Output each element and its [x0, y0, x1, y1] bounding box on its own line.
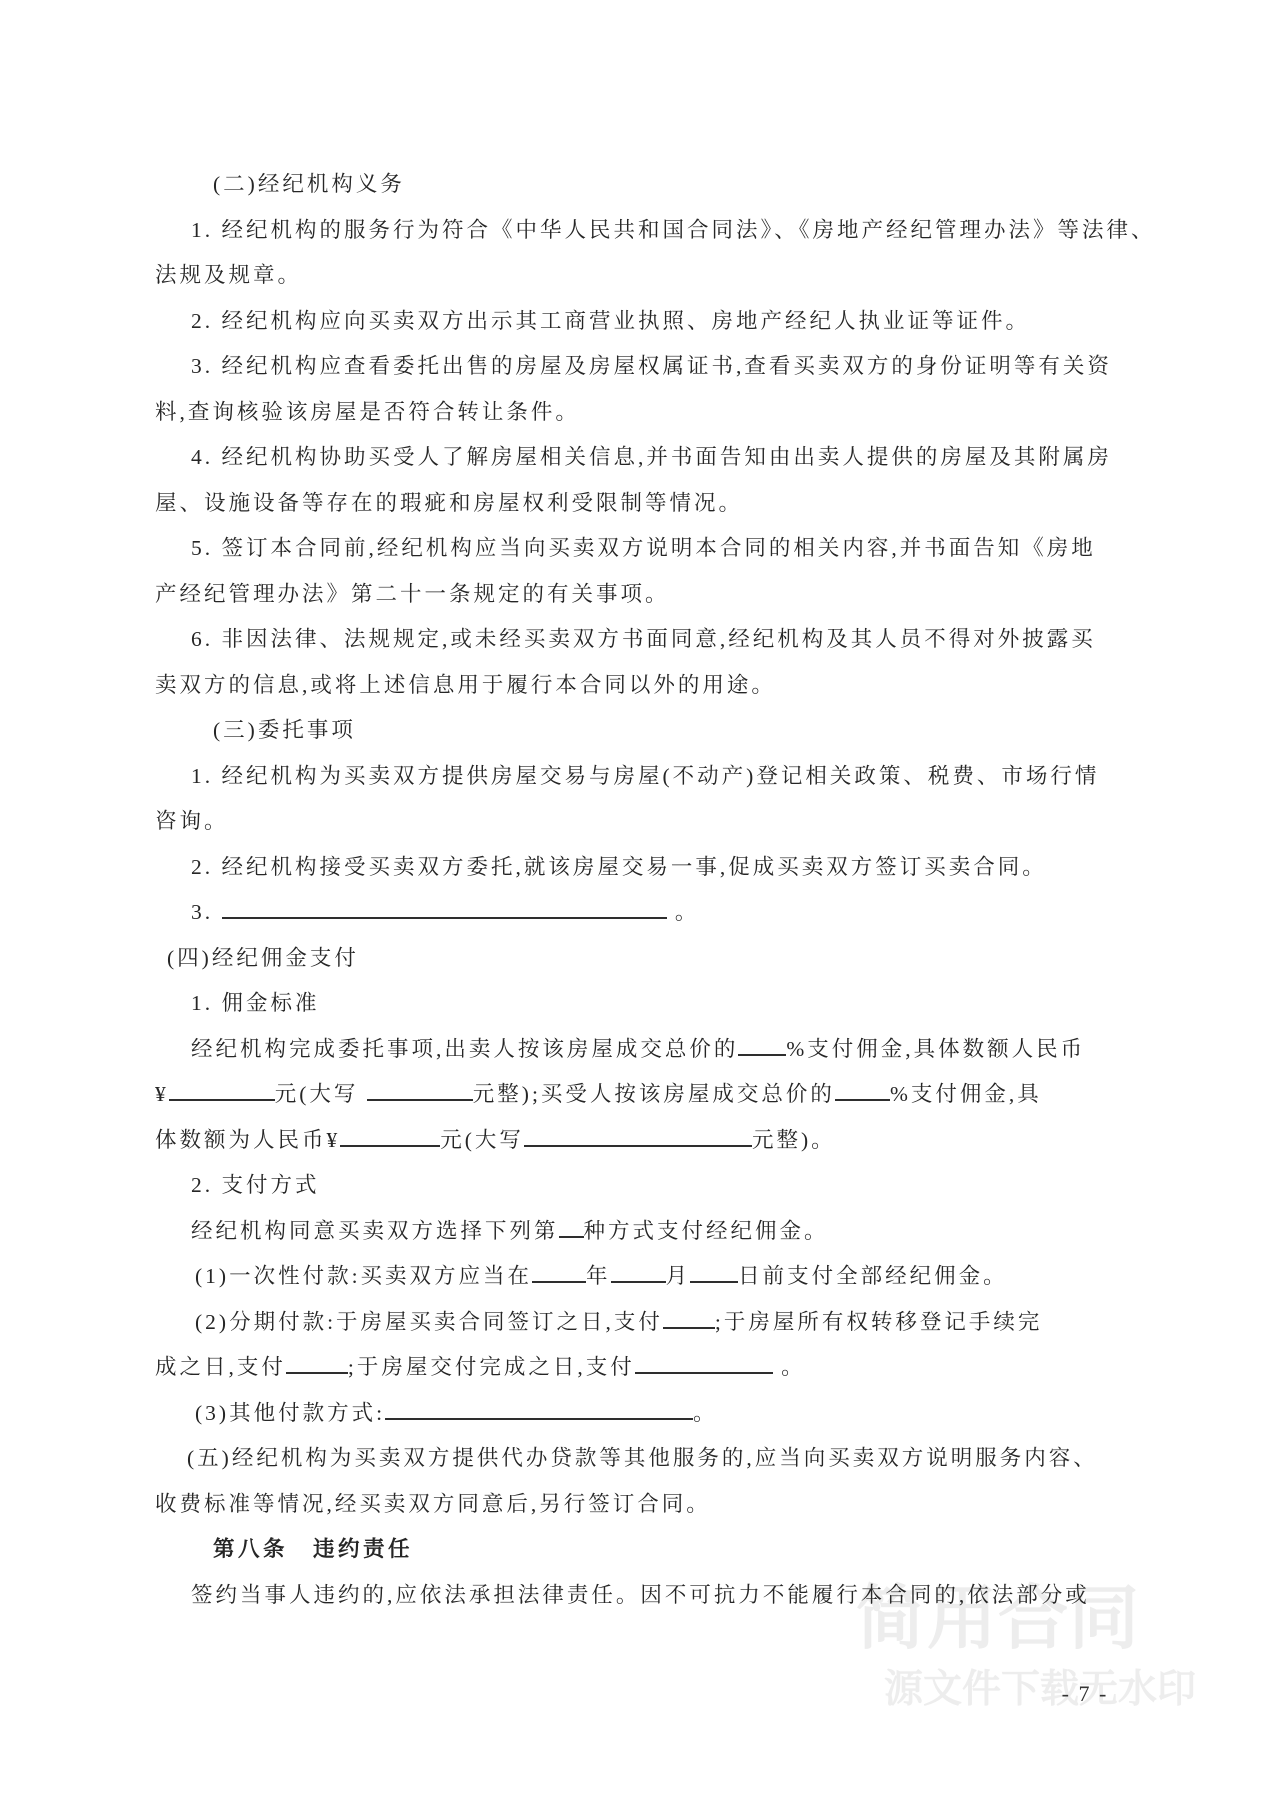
text-segment: 3. 经纪机构应查看委托出售的房屋及房屋权属证书,查看买卖双方的身份证明等有关资 [191, 354, 1112, 378]
blank-field [532, 1257, 586, 1283]
text-segment: 第八条 违约责任 [213, 1537, 413, 1561]
text-segment: (3)其他付款方式: [195, 1401, 385, 1425]
doc-line: 体数额为人民币¥元(大写元整)。 [155, 1118, 1135, 1164]
text-segment: 咨询。 [155, 809, 229, 833]
doc-line: 第八条 违约责任 [155, 1527, 1135, 1573]
text-segment: 1. 经纪机构的服务行为符合《中华人民共和国合同法》、《房地产经纪管理办法》等法… [191, 218, 1156, 242]
text-segment: 料,查询核验该房屋是否符合转让条件。 [155, 400, 580, 424]
text-segment: 签约当事人违约的,应依法承担法律责任。因不可抗力不能履行本合同的,依法部分或 [191, 1583, 1090, 1607]
doc-line: 经纪机构同意买卖双方选择下列第种方式支付经纪佣金。 [155, 1209, 1135, 1255]
text-segment: 年 [586, 1264, 611, 1288]
blank-field [286, 1348, 348, 1374]
doc-line: 签约当事人违约的,应依法承担法律责任。因不可抗力不能履行本合同的,依法部分或 [155, 1573, 1135, 1619]
text-segment: %支付佣金,具体数额人民币 [786, 1037, 1085, 1061]
text-segment: 1. 经纪机构为买卖双方提供房屋交易与房屋(不动产)登记相关政策、税费、市场行情 [191, 764, 1099, 788]
doc-line: 2. 支付方式 [155, 1163, 1135, 1209]
blank-field [169, 1075, 275, 1101]
text-segment: 。 [667, 900, 700, 924]
text-segment: 收费标准等情况,经买卖双方同意后,另行签订合同。 [155, 1492, 711, 1516]
contract-body: (二)经纪机构义务1. 经纪机构的服务行为符合《中华人民共和国合同法》、《房地产… [155, 162, 1135, 1618]
text-segment: (三)委托事项 [213, 718, 356, 742]
blank-field [663, 1303, 715, 1329]
text-segment: 元整)。 [752, 1128, 836, 1152]
doc-line: (3)其他付款方式:。 [155, 1391, 1135, 1437]
doc-line: 3. 。 [155, 890, 1135, 936]
doc-line: 3. 经纪机构应查看委托出售的房屋及房屋权属证书,查看买卖双方的身份证明等有关资 [155, 344, 1135, 390]
text-segment: 月 [666, 1264, 691, 1288]
doc-line: (三)委托事项 [155, 708, 1135, 754]
blank-field [690, 1257, 738, 1283]
doc-line: 1. 佣金标准 [155, 981, 1135, 1027]
doc-line: 产经纪管理办法》第二十一条规定的有关事项。 [155, 572, 1135, 618]
text-segment: 元(大写 [275, 1082, 367, 1106]
text-segment: ;于房屋所有权转移登记手续完 [715, 1310, 1042, 1334]
text-segment: 6. 非因法律、法规规定,或未经买卖双方书面同意,经纪机构及其人员不得对外披露买 [191, 627, 1096, 651]
doc-line: 屋、设施设备等存在的瑕疵和房屋权利受限制等情况。 [155, 481, 1135, 527]
doc-line: 1. 经纪机构的服务行为符合《中华人民共和国合同法》、《房地产经纪管理办法》等法… [155, 208, 1135, 254]
text-segment: (1)一次性付款:买卖双方应当在 [195, 1264, 532, 1288]
doc-line: (2)分期付款:于房屋买卖合同签订之日,支付;于房屋所有权转移登记手续完 [155, 1300, 1135, 1346]
text-segment: %支付佣金,具 [890, 1082, 1042, 1106]
doc-line: 经纪机构完成委托事项,出卖人按该房屋成交总价的%支付佣金,具体数额人民币 [155, 1027, 1135, 1073]
text-segment: ¥ [155, 1082, 169, 1106]
doc-line: 咨询。 [155, 799, 1135, 845]
text-segment: 产经纪管理办法》第二十一条规定的有关事项。 [155, 582, 670, 606]
text-segment: 法规及规章。 [155, 263, 302, 287]
blank-field [611, 1257, 666, 1283]
text-segment: 体数额为人民币¥ [155, 1128, 340, 1152]
text-segment: 。 [773, 1355, 806, 1379]
doc-line: (四)经纪佣金支付 [155, 936, 1135, 982]
doc-line: 成之日,支付;于房屋交付完成之日,支付 。 [155, 1345, 1135, 1391]
text-segment: 卖双方的信息,或将上述信息用于履行本合同以外的用途。 [155, 673, 776, 697]
text-segment: 。 [693, 1401, 718, 1425]
blank-field [385, 1394, 693, 1420]
page-number: - 7 - [1050, 1680, 1120, 1708]
blank-field [367, 1075, 473, 1101]
text-segment: 成之日,支付 [155, 1355, 286, 1379]
blank-field [635, 1348, 773, 1374]
text-segment: 1. 佣金标准 [191, 991, 320, 1015]
blank-field [524, 1121, 752, 1147]
text-segment: 2. 经纪机构应向买卖双方出示其工商营业执照、房地产经纪人执业证等证件。 [191, 309, 1030, 333]
doc-line: (五)经纪机构为买卖双方提供代办贷款等其他服务的,应当向买卖双方说明服务内容、 [155, 1436, 1135, 1482]
text-segment: 屋、设施设备等存在的瑕疵和房屋权利受限制等情况。 [155, 491, 743, 515]
doc-line: (1)一次性付款:买卖双方应当在年月日前支付全部经纪佣金。 [155, 1254, 1135, 1300]
doc-line: 料,查询核验该房屋是否符合转让条件。 [155, 390, 1135, 436]
text-segment: 经纪机构完成委托事项,出卖人按该房屋成交总价的 [191, 1037, 738, 1061]
text-segment: 元(大写 [440, 1128, 524, 1152]
watermark-download-text: 源文件下载无水印 [884, 1668, 1196, 1712]
doc-line: 6. 非因法律、法规规定,或未经买卖双方书面同意,经纪机构及其人员不得对外披露买 [155, 617, 1135, 663]
doc-line: 卖双方的信息,或将上述信息用于履行本合同以外的用途。 [155, 663, 1135, 709]
text-segment: (五)经纪机构为买卖双方提供代办贷款等其他服务的,应当向买卖双方说明服务内容、 [187, 1446, 1098, 1470]
doc-line: (二)经纪机构义务 [155, 162, 1135, 208]
text-segment: ;于房屋交付完成之日,支付 [348, 1355, 635, 1379]
doc-line: 4. 经纪机构协助买受人了解房屋相关信息,并书面告知由出卖人提供的房屋及其附属房 [155, 435, 1135, 481]
text-segment: (四)经纪佣金支付 [167, 946, 359, 970]
blank-field [559, 1212, 584, 1238]
text-segment: (2)分期付款:于房屋买卖合同签订之日,支付 [195, 1310, 663, 1334]
text-segment: 经纪机构同意买卖双方选择下列第 [191, 1219, 559, 1243]
doc-line: 2. 经纪机构应向买卖双方出示其工商营业执照、房地产经纪人执业证等证件。 [155, 299, 1135, 345]
blank-field [835, 1075, 890, 1101]
doc-line: 1. 经纪机构为买卖双方提供房屋交易与房屋(不动产)登记相关政策、税费、市场行情 [155, 754, 1135, 800]
blank-field [340, 1121, 440, 1147]
doc-line: 收费标准等情况,经买卖双方同意后,另行签订合同。 [155, 1482, 1135, 1528]
text-segment: 种方式支付经纪佣金。 [584, 1219, 829, 1243]
blank-field [222, 893, 667, 919]
doc-line: 法规及规章。 [155, 253, 1135, 299]
document-page: 简用合同 源文件下载无水印 (二)经纪机构义务1. 经纪机构的服务行为符合《中华… [0, 0, 1280, 1810]
text-segment: (二)经纪机构义务 [213, 172, 405, 196]
blank-field [738, 1030, 786, 1056]
doc-line: 5. 签订本合同前,经纪机构应当向买卖双方说明本合同的相关内容,并书面告知《房地 [155, 526, 1135, 572]
text-segment: 日前支付全部经纪佣金。 [738, 1264, 1008, 1288]
text-segment: 2. 支付方式 [191, 1173, 320, 1197]
text-segment: 元整);买受人按该房屋成交总价的 [473, 1082, 835, 1106]
text-segment: 4. 经纪机构协助买受人了解房屋相关信息,并书面告知由出卖人提供的房屋及其附属房 [191, 445, 1112, 469]
text-segment: 2. 经纪机构接受买卖双方委托,就该房屋交易一事,促成买卖双方签订买卖合同。 [191, 855, 1047, 879]
doc-line: 2. 经纪机构接受买卖双方委托,就该房屋交易一事,促成买卖双方签订买卖合同。 [155, 845, 1135, 891]
doc-line: ¥元(大写 元整);买受人按该房屋成交总价的%支付佣金,具 [155, 1072, 1135, 1118]
text-segment: 5. 签订本合同前,经纪机构应当向买卖双方说明本合同的相关内容,并书面告知《房地 [191, 536, 1096, 560]
text-segment: 3. [191, 900, 222, 924]
